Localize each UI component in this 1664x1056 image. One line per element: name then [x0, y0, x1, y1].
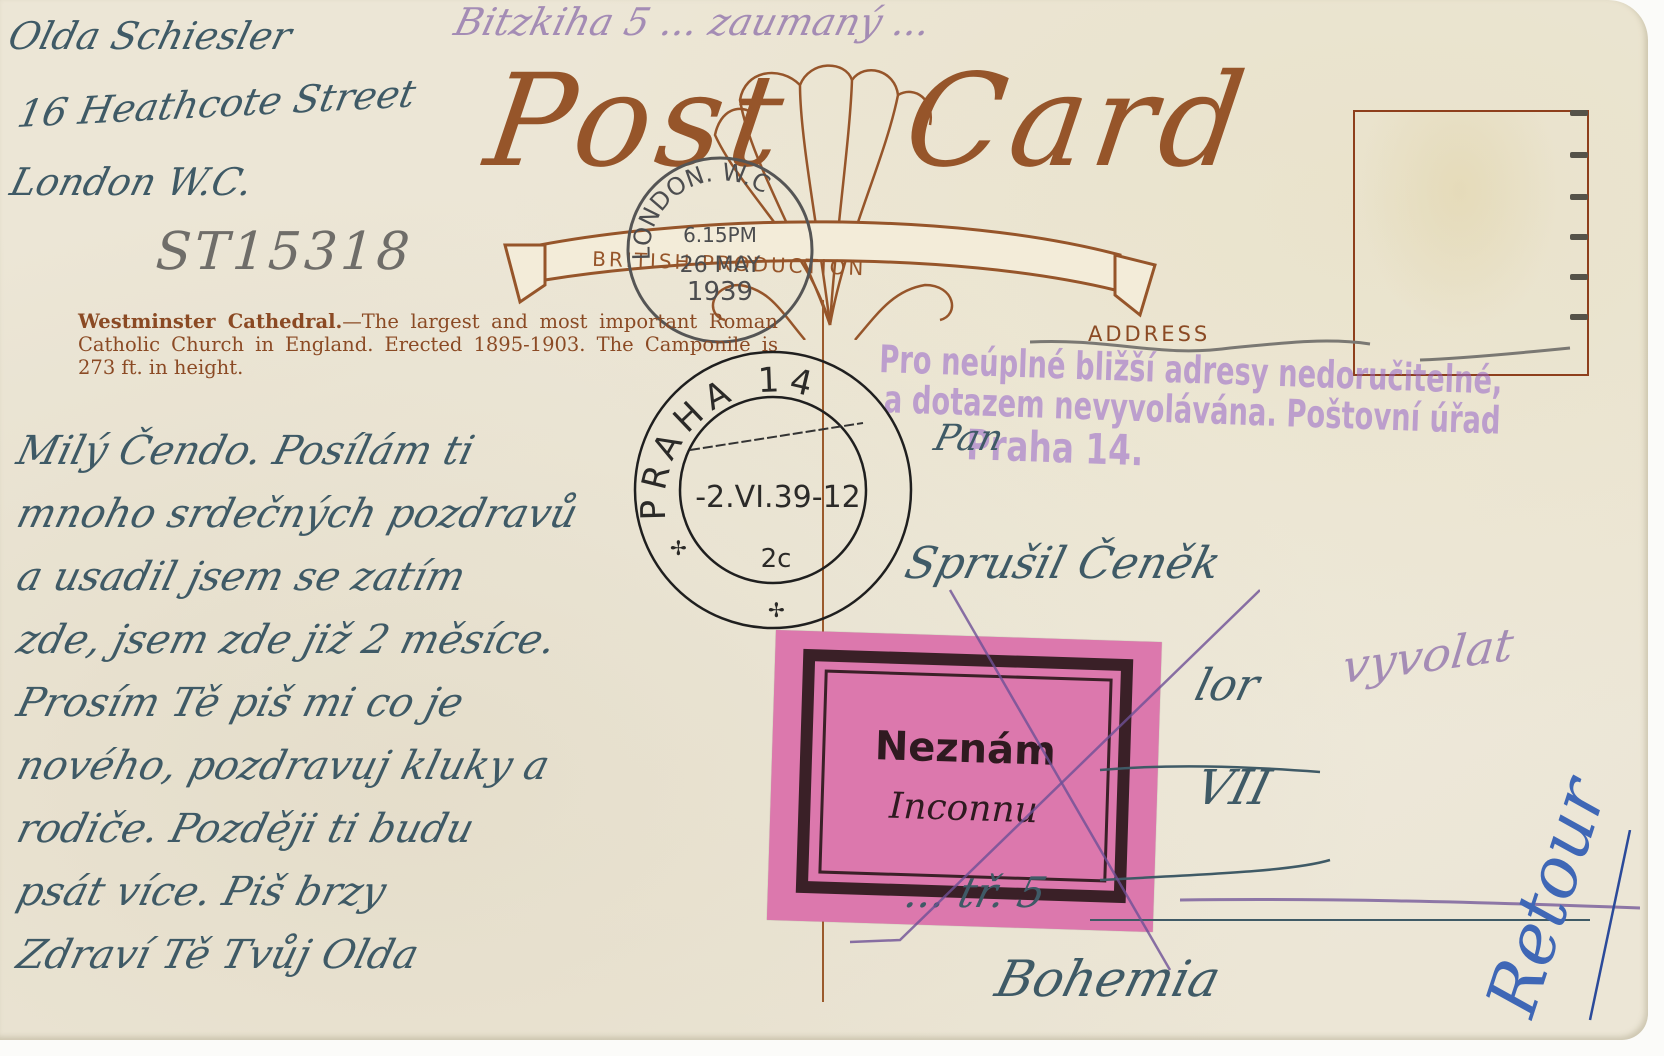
message-line: a usadil jsem se zatím	[10, 546, 584, 609]
message-line: mnoho srdečných pozdravů	[10, 483, 584, 546]
caption-heading: Westminster Cathedral.	[78, 310, 342, 333]
svg-text:✢: ✢	[670, 536, 687, 560]
message-line: rodiče. Později ti budu	[10, 798, 584, 861]
message-line: Prosím Tě piš mi co je	[10, 672, 584, 735]
fan-ornament-icon: BRITISH PRODUCTION	[500, 40, 1160, 340]
sender-city: London W.C.	[6, 160, 258, 204]
london-date: 26 MAY	[680, 253, 761, 278]
svg-text:✢: ✢	[768, 598, 785, 622]
london-time: 6.15PM	[683, 223, 757, 247]
message-line: Zdraví Tě Tvůj Olda	[10, 924, 584, 987]
london-year: 1939	[687, 277, 753, 307]
return-cachet: Pro neúplné bližší adresy nedoručitelné,…	[876, 340, 1620, 490]
top-pencil-note: Bitzkiha 5 ... zaumaný ...	[450, 0, 935, 44]
handwritten-message: Milý Čendo. Posílám ti mnoho srdečných p…	[10, 420, 569, 987]
sender-name: Olda Schiesler	[4, 14, 296, 58]
sender-street: 16 Heathcote Street	[14, 72, 419, 136]
blue-stroke	[1580, 830, 1640, 1030]
message-line: psát více. Piš brzy	[10, 861, 584, 924]
praha-date: -2.VI.39-12	[695, 480, 861, 515]
reference-number: ST15318	[148, 222, 420, 282]
message-line: Milý Čendo. Posílám ti	[10, 420, 584, 483]
postcard: PostCard BRITISH PRODUCTION LONDON. W.C …	[0, 0, 1648, 1040]
recipient-title: Pan	[930, 418, 1007, 459]
stamp-cancel-ticks	[1570, 110, 1592, 340]
pencil-note-vyvolat: vyvolat	[1340, 617, 1516, 694]
praha-code: 2c	[761, 544, 792, 574]
message-line: zde, jsem zde již 2 měsíce.	[10, 609, 584, 672]
message-line: nového, pozdravuj kluky a	[10, 735, 584, 798]
